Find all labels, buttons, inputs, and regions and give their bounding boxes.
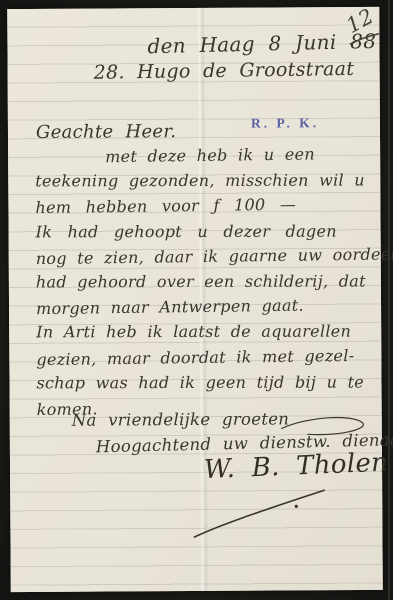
- body-line: hem hebben voor ƒ 100 —: [35, 191, 373, 221]
- photo-edge-strip: [388, 0, 390, 600]
- body-line: gezien, maar doordat ik met gezel-: [36, 342, 374, 372]
- body-line: Ik had gehoopt u dezer dagen: [36, 218, 374, 244]
- body-line: In Arti heb ik laatst de aquarellen: [36, 319, 374, 345]
- date-line: den Haag 8 Juni 88: [147, 29, 376, 58]
- signature-swoosh: [194, 490, 324, 537]
- scanned-letter-photo: { "document": { "page_number": "12", "st…: [0, 0, 393, 600]
- letter-paper: 12 den Haag 8 Juni 88 28. Hugo de Groots…: [7, 7, 383, 592]
- body-line: teekening gezonden, misschien wil u: [35, 168, 373, 194]
- body-line: nog te zien, daar ik gaarne uw oordeel: [36, 242, 374, 272]
- body-line: had gehoord over een schilderij, dat: [36, 269, 374, 295]
- body-line: schap was had ik geen tijd bij u te: [36, 369, 374, 395]
- address-line: 28. Hugo de Grootstraat: [93, 58, 354, 84]
- letter-body: met deze heb ik u eenteekening gezonden,…: [35, 142, 375, 421]
- ink-dot: [295, 505, 298, 508]
- signature: W. B. Tholen: [203, 448, 388, 486]
- body-line: met deze heb ik u een: [35, 141, 373, 171]
- salutation: Geachte Heer.: [36, 121, 176, 143]
- collection-stamp: R. P. K.: [251, 115, 319, 131]
- body-line: morgen naar Antwerpen gaat.: [36, 292, 374, 322]
